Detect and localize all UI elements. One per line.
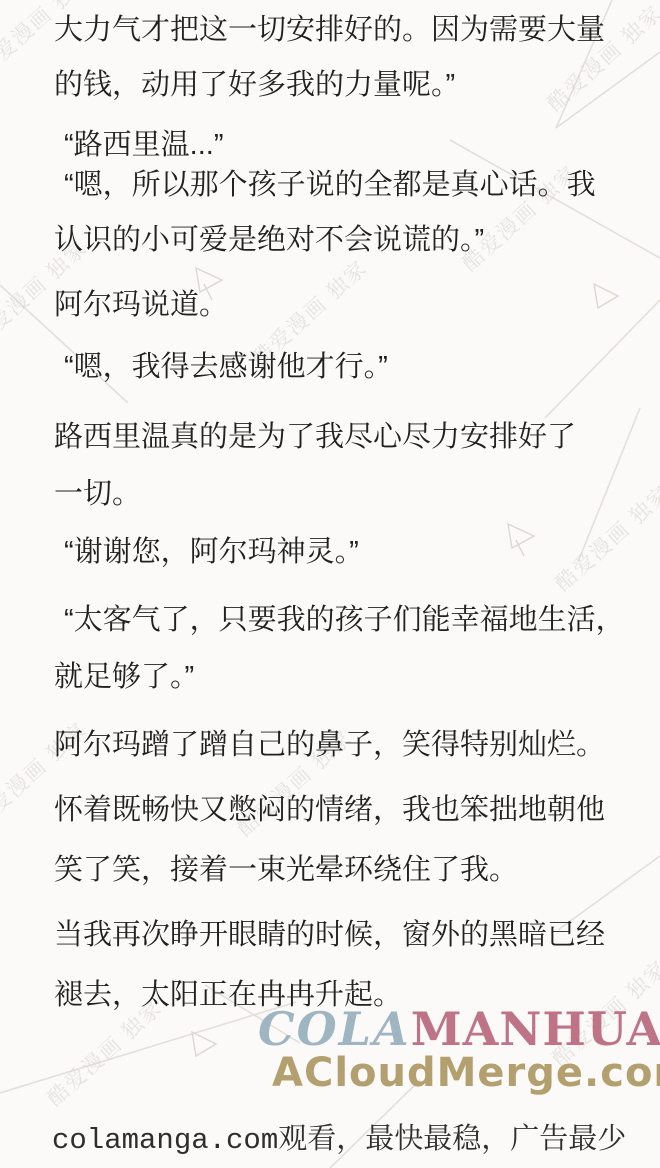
footer-tagline: colamanga.com观看，最快最稳，广告最少: [52, 1116, 626, 1157]
site-watermark: 酷爱漫画 独家: [548, 477, 660, 597]
text-line: 路西里温真的是为了我尽心尽力安排好了: [54, 420, 576, 454]
text-line: 怀着既畅快又憋闷的情绪，我也笨拙地朝他: [54, 793, 605, 827]
text-line: 的钱，动用了好多我的力量呢。”: [54, 68, 455, 102]
text-line: “嗯，我得去感谢他才行。”: [64, 350, 388, 384]
colamanhua-logo-cola: COLA: [258, 1002, 411, 1056]
text-line: “路西里温...”: [64, 128, 224, 162]
acloudmerge-logo: ACloudMerge.com: [272, 1050, 660, 1096]
text-line: 阿尔玛说道。: [54, 288, 228, 322]
text-line: 大力气才把这一切安排好的。因为需要大量: [54, 13, 605, 47]
text-line: “谢谢您，阿尔玛神灵。”: [64, 535, 359, 569]
colamanhua-logo: COLAMANHUA.com: [258, 1002, 660, 1056]
text-line: 就足够了。”: [54, 660, 194, 694]
text-line: 认识的小可爱是绝对不会说谎的。”: [54, 223, 484, 257]
text-line: 一切。: [54, 477, 141, 511]
comic-text-page: 酷爱漫画 独家 酷爱漫画 独家 酷爱漫画 独家 酷爱漫画 独家 酷爱漫画 独家 …: [0, 0, 660, 1168]
text-line: “太客气了，只要我的孩子们能幸福地生活，: [64, 603, 625, 637]
text-line: 阿尔玛蹭了蹭自己的鼻子，笑得特别灿烂。: [54, 728, 605, 762]
text-line: 笑了笑，接着一束光晕环绕住了我。: [54, 853, 518, 887]
text-line: 当我再次睁开眼睛的时候，窗外的黑暗已经: [54, 918, 605, 952]
text-line: “嗯，所以那个孩子说的全都是真心话。我: [64, 168, 596, 202]
colamanhua-logo-manhua: MANHUA: [411, 1002, 660, 1056]
